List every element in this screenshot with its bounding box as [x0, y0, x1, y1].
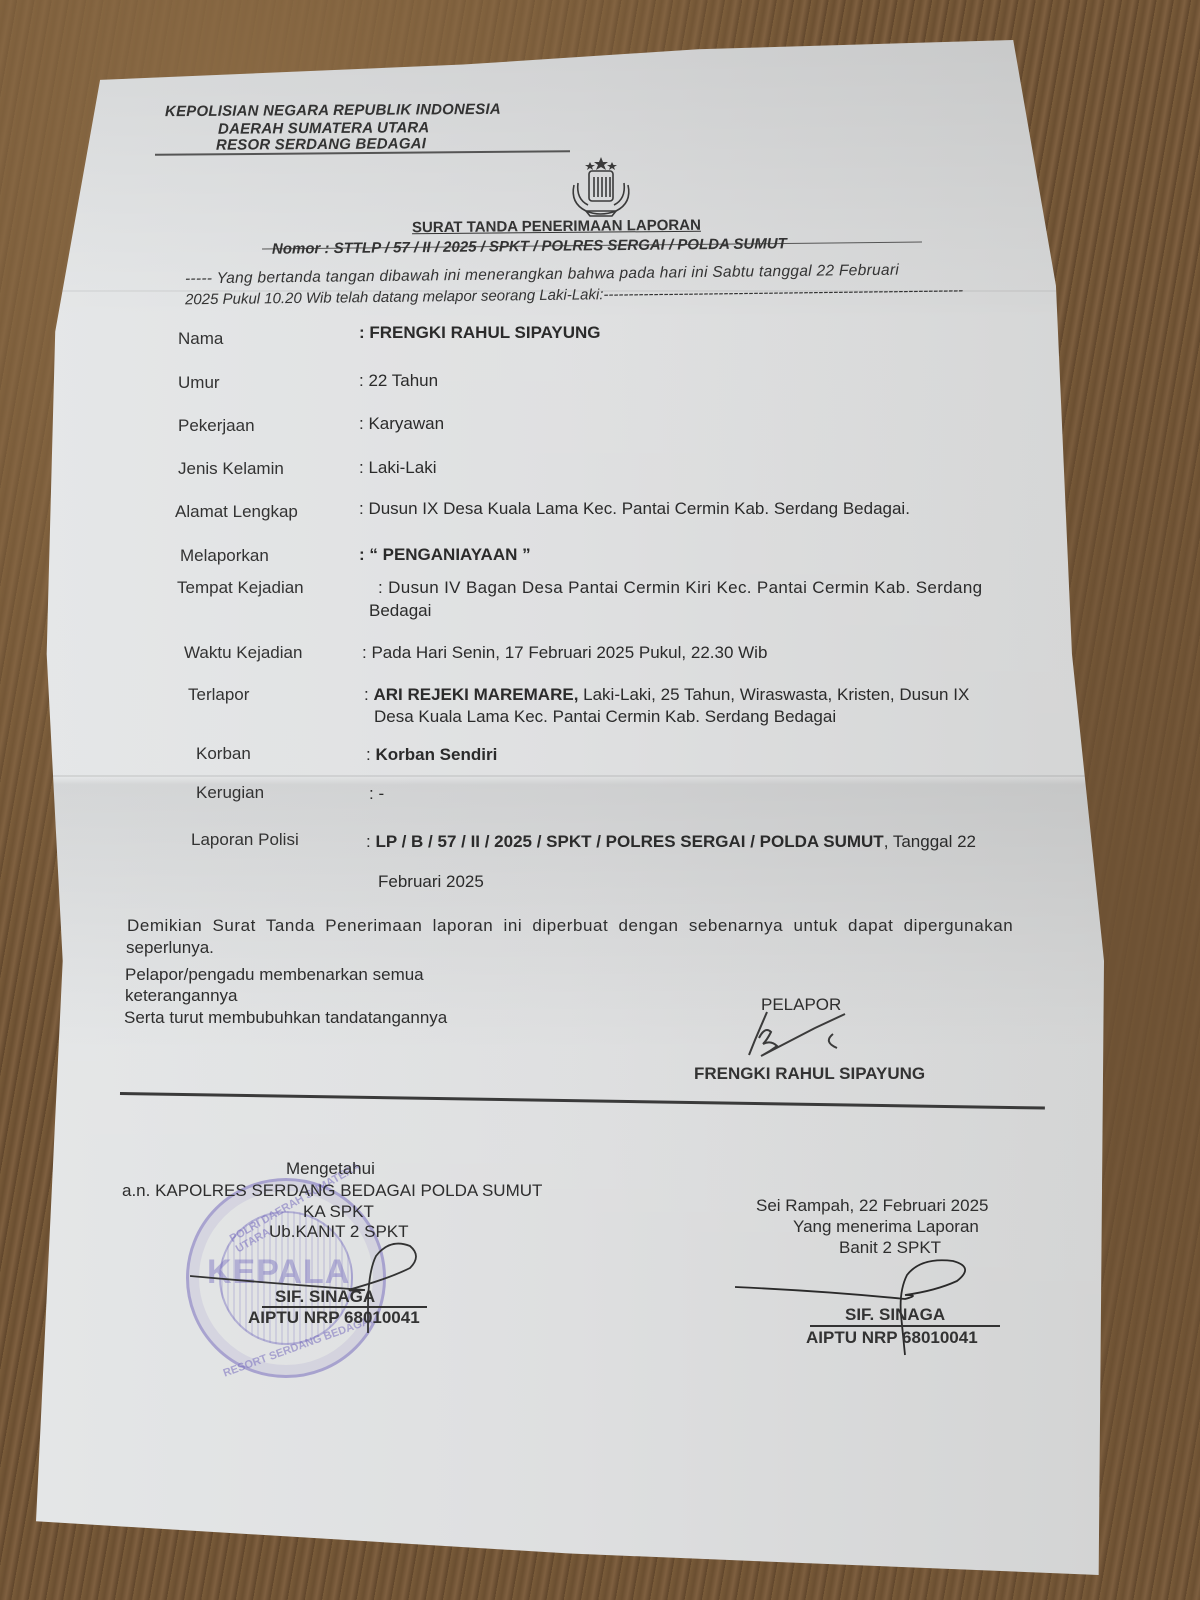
closing-line-2: seperlunya. [126, 938, 214, 958]
right-officer-nrp: AIPTU NRP 68010041 [806, 1328, 978, 1348]
right-officer-name: SIF. SINAGA [845, 1305, 945, 1325]
right-receiver: Yang menerima Laporan [793, 1217, 979, 1237]
field-label-tempat-kejadian: Tempat Kejadian [177, 578, 304, 598]
field-value-melaporkan: : “ PENGANIAYAAN ” [359, 545, 531, 565]
field-value-kerugian: : - [369, 784, 384, 804]
field-value-tempat-kejadian-cont: Bedagai [369, 601, 431, 621]
document-title: SURAT TANDA PENERIMAAN LAPORAN [412, 217, 701, 237]
closing-line-5: Serta turut membubuhkan tandatangannya [124, 1008, 447, 1028]
paper-fold-line [36, 775, 1104, 777]
field-value-terlapor: : ARI REJEKI MAREMARE, Laki-Laki, 25 Tah… [364, 685, 969, 705]
field-label-jenis-kelamin: Jenis Kelamin [178, 459, 284, 479]
field-value-terlapor-cont: Desa Kuala Lama Kec. Pantai Cermin Kab. … [374, 707, 836, 727]
field-value-waktu-kejadian: : Pada Hari Senin, 17 Februari 2025 Puku… [362, 643, 767, 663]
closing-line-3: Pelapor/pengadu membenarkan semua [125, 965, 424, 985]
laporan-polisi-date: , Tanggal 22 [884, 832, 976, 851]
reporter-name: FRENGKI RAHUL SIPAYUNG [694, 1064, 925, 1084]
closing-line-1: Demikian Surat Tanda Penerimaan laporan … [127, 916, 1013, 936]
field-value-nama: : FRENGKI RAHUL SIPAYUNG [359, 323, 601, 343]
field-label-kerugian: Kerugian [196, 783, 264, 803]
field-label-nama: Nama [178, 329, 223, 349]
field-label-pekerjaan: Pekerjaan [178, 416, 255, 436]
field-label-korban: Korban [196, 744, 251, 764]
field-label-melaporkan: Melaporkan [180, 546, 269, 566]
field-value-laporan-polisi-cont: Februari 2025 [378, 872, 484, 892]
terlapor-name: ARI REJEKI MAREMARE, [373, 685, 578, 704]
reporter-signature-mark [745, 1010, 875, 1065]
field-label-laporan-polisi: Laporan Polisi [191, 830, 299, 850]
header-institution: KEPOLISIAN NEGARA REPUBLIK INDONESIA [165, 101, 501, 120]
left-officer-name: SIF. SINAGA [275, 1287, 375, 1307]
left-position-1: KA SPKT [303, 1202, 374, 1222]
police-emblem-icon [556, 155, 646, 220]
field-label-umur: Umur [178, 373, 220, 393]
field-value-umur: : 22 Tahun [359, 371, 438, 391]
field-value-jenis-kelamin: : Laki-Laki [359, 458, 436, 478]
left-acknowledged: Mengetahui [286, 1159, 375, 1179]
field-value-korban: : Korban Sendiri [366, 745, 497, 765]
field-label-terlapor: Terlapor [188, 685, 249, 705]
field-label-alamat: Alamat Lengkap [175, 502, 298, 522]
left-on-behalf: a.n. KAPOLRES SERDANG BEDAGAI POLDA SUMU… [122, 1181, 542, 1201]
laporan-polisi-number: LP / B / 57 / II / 2025 / SPKT / POLRES … [375, 832, 883, 851]
terlapor-details: Laki-Laki, 25 Tahun, Wiraswasta, Kristen… [578, 685, 969, 704]
korban-value: Korban Sendiri [375, 745, 497, 764]
field-value-tempat-kejadian: : Dusun IV Bagan Desa Pantai Cermin Kiri… [378, 578, 982, 598]
right-name-underline [810, 1325, 1000, 1327]
field-value-pekerjaan: : Karyawan [359, 414, 444, 434]
field-label-waktu-kejadian: Waktu Kejadian [184, 643, 302, 663]
field-value-alamat: : Dusun IX Desa Kuala Lama Kec. Pantai C… [359, 499, 910, 519]
right-place-date: Sei Rampah, 22 Februari 2025 [756, 1196, 988, 1216]
left-officer-nrp: AIPTU NRP 68010041 [248, 1308, 420, 1328]
closing-line-4: keterangannya [125, 986, 237, 1006]
field-value-laporan-polisi: : LP / B / 57 / II / 2025 / SPKT / POLRE… [366, 832, 976, 852]
